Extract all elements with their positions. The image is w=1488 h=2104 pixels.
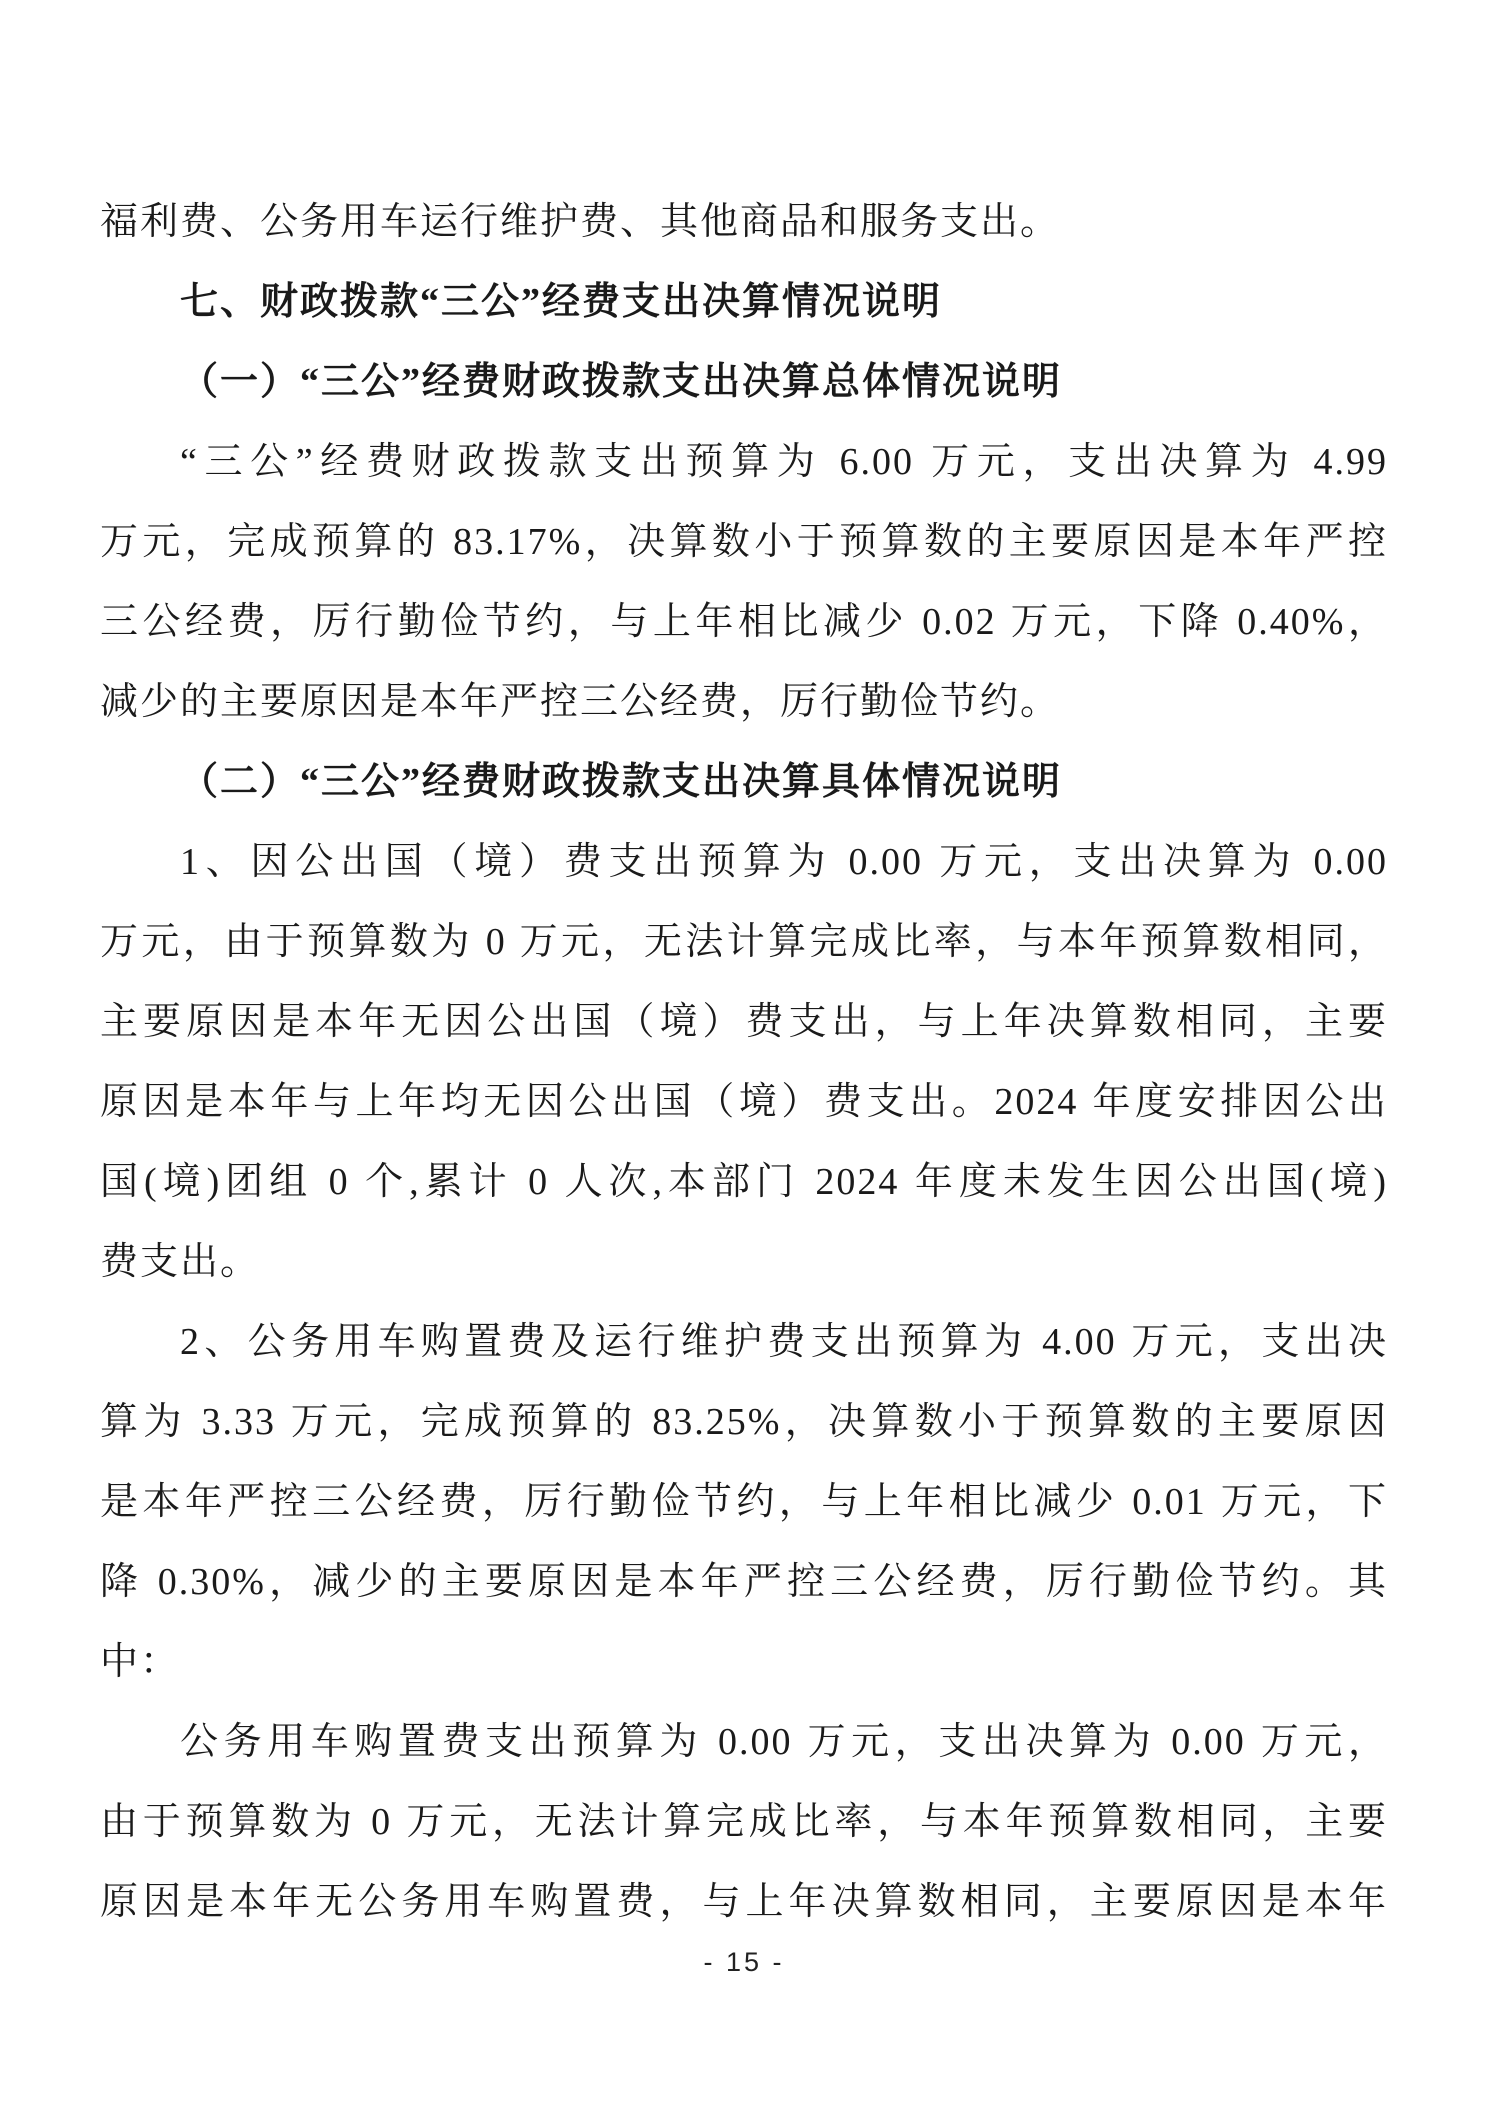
text-line: 福利费、公务用车运行维护费、其他商品和服务支出。 — [100, 182, 1388, 262]
text-line: 原因是本年与上年均无因公出国（境）费支出。2024 年度安排因公出 — [100, 1062, 1388, 1142]
text-line: 国(境)团组 0 个,累计 0 人次,本部门 2024 年度未发生因公出国(境) — [100, 1142, 1388, 1222]
text-line: 由于预算数为 0 万元，无法计算完成比率，与本年预算数相同，主要 — [100, 1782, 1388, 1862]
text-line: 2、公务用车购置费及运行维护费支出预算为 4.00 万元，支出决 — [100, 1302, 1388, 1382]
text-line: 主要原因是本年无因公出国（境）费支出，与上年决算数相同，主要 — [100, 982, 1388, 1062]
text-line: 是本年严控三公经费，厉行勤俭节约，与上年相比减少 0.01 万元，下 — [100, 1462, 1388, 1542]
document-body: 福利费、公务用车运行维护费、其他商品和服务支出。 七、财政拨款“三公”经费支出决… — [100, 182, 1388, 1942]
text-line: 万元，由于预算数为 0 万元，无法计算完成比率，与本年预算数相同， — [100, 902, 1388, 982]
text-line: 万元，完成预算的 83.17%，决算数小于预算数的主要原因是本年严控 — [100, 502, 1388, 582]
section-heading-7: 七、财政拨款“三公”经费支出决算情况说明 — [100, 262, 1388, 342]
text-line: 1、因公出国（境）费支出预算为 0.00 万元，支出决算为 0.00 — [100, 822, 1388, 902]
text-line: 降 0.30%，减少的主要原因是本年严控三公经费，厉行勤俭节约。其 — [100, 1542, 1388, 1622]
text-line: 算为 3.33 万元，完成预算的 83.25%，决算数小于预算数的主要原因 — [100, 1382, 1388, 1462]
subsection-heading-1: （一）“三公”经费财政拨款支出决算总体情况说明 — [100, 342, 1388, 422]
text-line: 中： — [100, 1622, 1388, 1702]
document-page: 福利费、公务用车运行维护费、其他商品和服务支出。 七、财政拨款“三公”经费支出决… — [0, 0, 1488, 2104]
text-line: 原因是本年无公务用车购置费，与上年决算数相同，主要原因是本年 — [100, 1862, 1388, 1942]
text-line: 公务用车购置费支出预算为 0.00 万元，支出决算为 0.00 万元， — [100, 1702, 1388, 1782]
text-line: 减少的主要原因是本年严控三公经费，厉行勤俭节约。 — [100, 662, 1388, 742]
text-line: 费支出。 — [100, 1222, 1388, 1302]
page-number: - 15 - — [0, 1942, 1488, 1982]
subsection-heading-2: （二）“三公”经费财政拨款支出决算具体情况说明 — [100, 742, 1388, 822]
text-line: 三公经费，厉行勤俭节约，与上年相比减少 0.02 万元，下降 0.40%， — [100, 582, 1388, 662]
text-line: “三公”经费财政拨款支出预算为 6.00 万元，支出决算为 4.99 — [100, 422, 1388, 502]
